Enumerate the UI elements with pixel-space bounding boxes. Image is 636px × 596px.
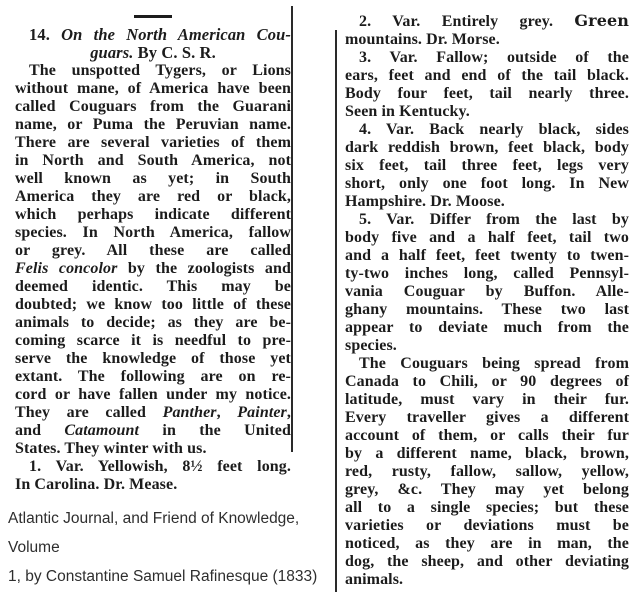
text-line: States. They winter with us. bbox=[15, 440, 291, 458]
text-line: In Carolina. Dr. Mease. bbox=[15, 476, 291, 494]
text-line: six feet, tail three feet, legs very bbox=[345, 157, 629, 175]
paragraph-variety-3: 3. Var. Fallow; outside of theears, feet… bbox=[345, 49, 629, 121]
text-line: Body four feet, tail nearly three. bbox=[345, 85, 629, 103]
text-line: body five and a half feet, tail two bbox=[345, 229, 629, 247]
text-line: Seen in Kentucky. bbox=[345, 103, 629, 121]
text-line: animals to decide; as they are be- bbox=[15, 314, 291, 332]
text-line: name, or Puma the Peruvian name. bbox=[15, 116, 291, 134]
text-line: animals. bbox=[345, 571, 629, 589]
text-line: varieties or deviations must be bbox=[345, 517, 629, 535]
text-line: Every traveller gives a different bbox=[345, 409, 629, 427]
text-line: short, only one foot long. In New bbox=[345, 175, 629, 193]
text-line: species. bbox=[345, 337, 629, 355]
text-line: and Catamount in the United bbox=[15, 422, 291, 440]
article-heading-line-2: guars. By C. S. R. bbox=[15, 44, 291, 62]
text-line: ghany mountains. These two last bbox=[345, 301, 629, 319]
text-line: 1. Var. Yellowish, 8½ feet long. bbox=[15, 458, 291, 476]
text-line: mountains. Dr. Morse. bbox=[345, 31, 629, 49]
text-line: without mane, of America have been bbox=[15, 80, 291, 98]
source-caption: Atlantic Journal, and Friend of Knowledg… bbox=[8, 504, 348, 591]
article-heading-line-1: 14. On the North American Cou- bbox=[15, 26, 291, 44]
text-line: which perhaps indicate different bbox=[15, 206, 291, 224]
text-line: 2. Var. Entirely grey. Green bbox=[345, 12, 629, 31]
text-line: species. In North America, fallow bbox=[15, 224, 291, 242]
text-line: appear to deviate much from the bbox=[345, 319, 629, 337]
text-line: in North and South America, not bbox=[15, 152, 291, 170]
text-line: account of them, or calls their fur bbox=[345, 427, 629, 445]
text-line: dark reddish brown, feet black, body bbox=[345, 139, 629, 157]
text-line: extant. The following are on re- bbox=[15, 368, 291, 386]
paragraph-variety-5: 5. Var. Differ from the last bybody five… bbox=[345, 211, 629, 355]
text-line: There are several varieties of them bbox=[15, 134, 291, 152]
paragraph-intro: The unspotted Tygers, or Lionswithout ma… bbox=[15, 62, 291, 458]
left-column: 14. On the North American Cou- guars. By… bbox=[15, 10, 291, 494]
paragraph-conclusion: The Couguars being spread fromCanada to … bbox=[345, 355, 629, 589]
text-line: or grey. All these are called bbox=[15, 242, 291, 260]
source-caption-line-1: Atlantic Journal, and Friend of Knowledg… bbox=[8, 504, 348, 562]
text-line: vania Couguar by Buffon. Alle- bbox=[345, 283, 629, 301]
scanned-page: 14. On the North American Cou- guars. By… bbox=[0, 0, 636, 596]
text-line: deemed identic. This may be bbox=[15, 278, 291, 296]
text-line: ears, feet and end of the tail black. bbox=[345, 67, 629, 85]
right-column: 2. Var. Entirely grey. Greenmountains. D… bbox=[345, 12, 629, 589]
section-divider-rule bbox=[134, 15, 172, 18]
paragraph-variety-1: 1. Var. Yellowish, 8½ feet long.In Carol… bbox=[15, 458, 291, 494]
text-line: 5. Var. Differ from the last by bbox=[345, 211, 629, 229]
text-line: doubted; we know too little of these bbox=[15, 296, 291, 314]
text-line: cord or have fallen under my notice. bbox=[15, 386, 291, 404]
source-caption-line-2: 1, by Constantine Samuel Rafinesque (183… bbox=[8, 562, 348, 591]
text-line: America they are red or black, bbox=[15, 188, 291, 206]
text-line: Felis concolor by the zoologists and bbox=[15, 260, 291, 278]
text-line: called Couguars from the Guarani bbox=[15, 98, 291, 116]
text-line: ty-two inches long, called Pennsyl- bbox=[345, 265, 629, 283]
text-line: Hampshire. Dr. Moose. bbox=[345, 193, 629, 211]
paragraph-variety-4: 4. Var. Back nearly black, sidesdark red… bbox=[345, 121, 629, 211]
text-line: red, rusty, fallow, sallow, yellow, bbox=[345, 463, 629, 481]
text-line: Canada to Chili, or 90 degrees of bbox=[345, 373, 629, 391]
text-line: latitude, must vary in their fur. bbox=[345, 391, 629, 409]
column-divider-left bbox=[291, 6, 293, 452]
text-line: The unspotted Tygers, or Lions bbox=[15, 62, 291, 80]
text-line: grey, &c. They may yet belong bbox=[345, 481, 629, 499]
text-line: dog, the sheep, and other deviating bbox=[345, 553, 629, 571]
text-line: and a half feet, feet twenty to twen- bbox=[345, 247, 629, 265]
text-line: well known as yet; in South bbox=[15, 170, 291, 188]
text-line: all to a single species; but these bbox=[345, 499, 629, 517]
text-line: They are called Panther, Painter, bbox=[15, 404, 291, 422]
text-line: The Couguars being spread from bbox=[345, 355, 629, 373]
text-line: by a different name, black, brown, bbox=[345, 445, 629, 463]
text-line: coming scarce it is needful to pre- bbox=[15, 332, 291, 350]
paragraph-variety-2: 2. Var. Entirely grey. Greenmountains. D… bbox=[345, 12, 629, 49]
text-line: 3. Var. Fallow; outside of the bbox=[345, 49, 629, 67]
text-line: 4. Var. Back nearly black, sides bbox=[345, 121, 629, 139]
text-line: serve the knowledge of those yet bbox=[15, 350, 291, 368]
text-line: noticed, as they are in man, the bbox=[345, 535, 629, 553]
